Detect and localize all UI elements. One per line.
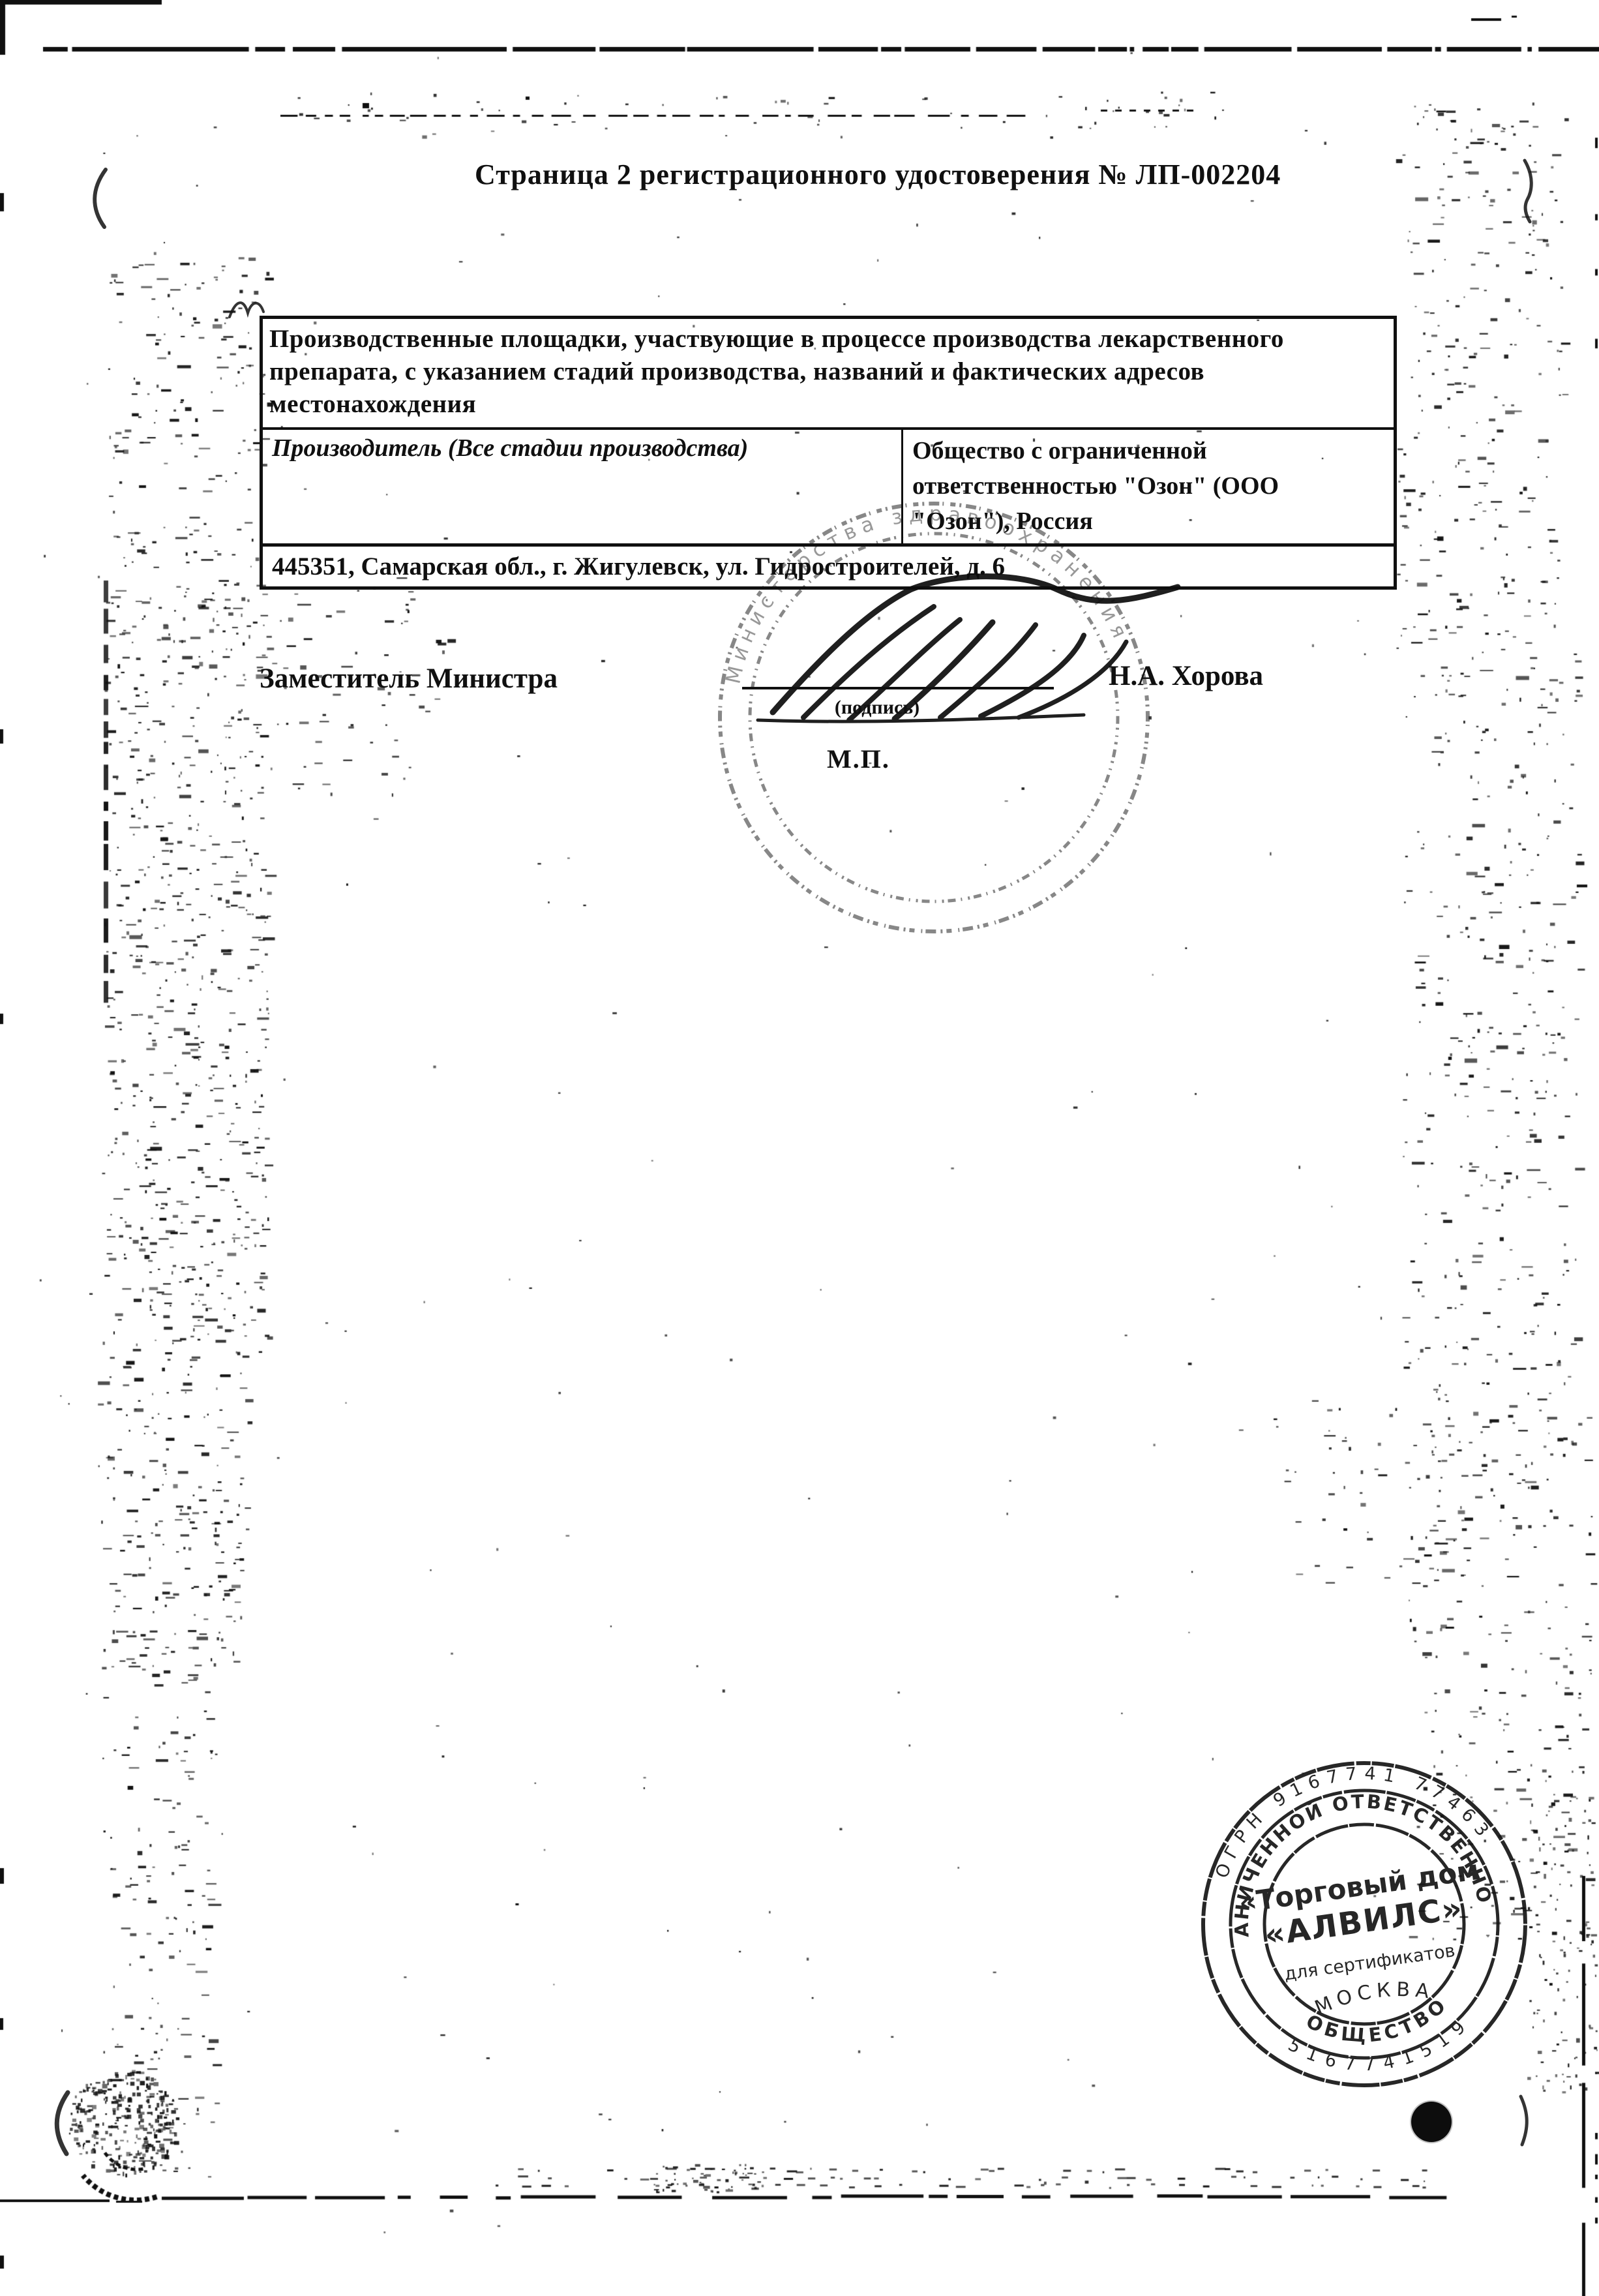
signatory-name: Н.А. Хорова <box>1109 660 1263 692</box>
table-header-cell: Производственные площадки, участвующие в… <box>263 319 1394 427</box>
scanned-page: Страница 2 регистрационного удостоверени… <box>0 0 1599 2296</box>
ink-blot <box>1411 2102 1452 2142</box>
address-cell: 445351, Самарская обл., г. Жигулевск, ул… <box>263 543 1394 586</box>
producer-value-cell: Общество с ограниченной ответственностью… <box>903 430 1394 543</box>
signatory-position: Заместитель Министра <box>260 663 558 695</box>
production-sites-table: Производственные площадки, участвующие в… <box>260 316 1397 590</box>
signature-line <box>742 687 1054 689</box>
seal-place-mark: М.П. <box>827 744 890 774</box>
signature-caption: (подпись) <box>756 697 998 719</box>
producer-label-cell: Производитель (Все стадии производства) <box>263 430 903 543</box>
page-title: Страница 2 регистрационного удостоверени… <box>475 158 1244 191</box>
producer-row: Производитель (Все стадии производства) … <box>263 427 1394 543</box>
